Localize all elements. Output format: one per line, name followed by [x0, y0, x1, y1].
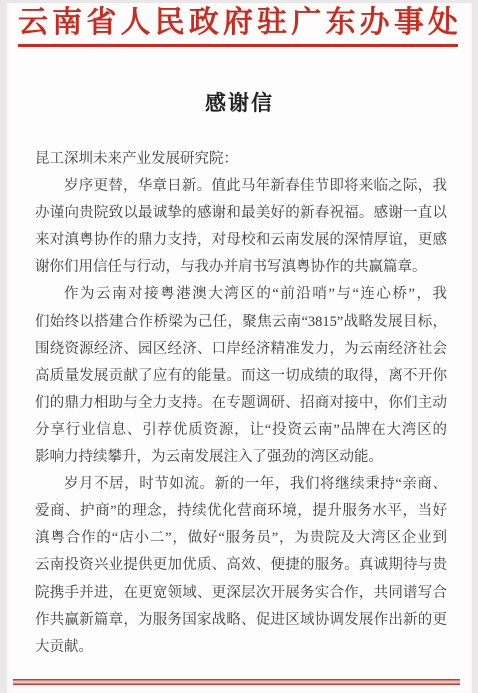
letterhead-rule	[18, 44, 458, 47]
paragraph-line: 爱商、护商”的理念，持续优化营商环境，提升服务水平，当好	[35, 498, 447, 525]
letterhead-org-name: 云南省人民政府驻广东办事处	[18, 6, 458, 40]
footer-rule	[13, 679, 460, 685]
paragraph-line: 滇粤合作的“店小二”，做好“服务员”，为贵院及大湾区企业到	[35, 525, 447, 552]
paragraph-line: 岁序更替，华章日新。值此马年新春佳节即将来临之际，我	[35, 173, 447, 200]
paragraph-line: 高质量发展贡献了应有的能量。而这一切成绩的取得，离不开你	[35, 363, 447, 390]
paragraph-line: 院携手并进，在更宽领域、更深层次开展务实合作，共同谱写合	[35, 580, 447, 607]
paragraph-line: 们始终以搭建合作桥梁为己任，聚焦云南“3815”战略发展目标，	[35, 309, 447, 336]
paragraph: 岁序更替，华章日新。值此马年新春佳节即将来临之际，我办谨向贵院致以最诚挚的感谢和…	[35, 173, 447, 281]
paragraph-line: 围绕资源经济、园区经济、口岸经济精准发力，为云南经济社会	[35, 336, 447, 363]
paragraph-line: 作共赢新篇章，为服务国家战略、促进区域协调发展作出新的更	[35, 607, 447, 634]
paragraph: 岁月不居，时节如流。新的一年，我们将继续秉持“亲商、爱商、护商”的理念，持续优化…	[35, 471, 447, 661]
paragraph-line: 们的鼎力相助与全力支持。在专题调研、招商对接中，你们主动	[35, 390, 447, 417]
salutation: 昆工深圳未来产业发展研究院：	[35, 146, 447, 173]
paragraph-line: 办谨向贵院致以最诚挚的感谢和最美好的新春祝福。感谢一直以	[35, 200, 447, 227]
paragraph-line: 岁月不居，时节如流。新的一年，我们将继续秉持“亲商、	[35, 471, 447, 498]
letter-title: 感谢信	[7, 90, 472, 116]
paragraph-line: 作为云南对接粤港澳大湾区的“前沿哨”与“连心桥”，我	[35, 281, 447, 308]
letter-page: 云南省人民政府驻广东办事处 感谢信 昆工深圳未来产业发展研究院： 岁序更替，华章…	[7, 3, 472, 693]
paragraphs-container: 岁序更替，华章日新。值此马年新春佳节即将来临之际，我办谨向贵院致以最诚挚的感谢和…	[35, 173, 447, 661]
paragraph: 作为云南对接粤港澳大湾区的“前沿哨”与“连心桥”，我们始终以搭建合作桥梁为己任，…	[35, 281, 447, 471]
paragraph-line: 大贡献。	[35, 634, 447, 661]
paragraph-line: 影响力持续攀升，为云南发展注入了强劲的湾区动能。	[35, 444, 447, 471]
scanned-letter-frame: 云南省人民政府驻广东办事处 感谢信 昆工深圳未来产业发展研究院： 岁序更替，华章…	[0, 0, 478, 693]
paragraph-line: 云南投资兴业提供更加优质、高效、便捷的服务。真诚期待与贵	[35, 552, 447, 579]
paragraph-line: 谢你们用信任与行动，与我办并肩书写滇粤协作的共赢篇章。	[35, 254, 447, 281]
paragraph-line: 来对滇粤协作的鼎力支持，对母校和云南发展的深情厚谊，更感	[35, 227, 447, 254]
letter-body: 昆工深圳未来产业发展研究院： 岁序更替，华章日新。值此马年新春佳节即将来临之际，…	[35, 146, 447, 661]
paragraph-line: 分享行业信息、引荐优质资源，让“投资云南”品牌在大湾区的	[35, 417, 447, 444]
